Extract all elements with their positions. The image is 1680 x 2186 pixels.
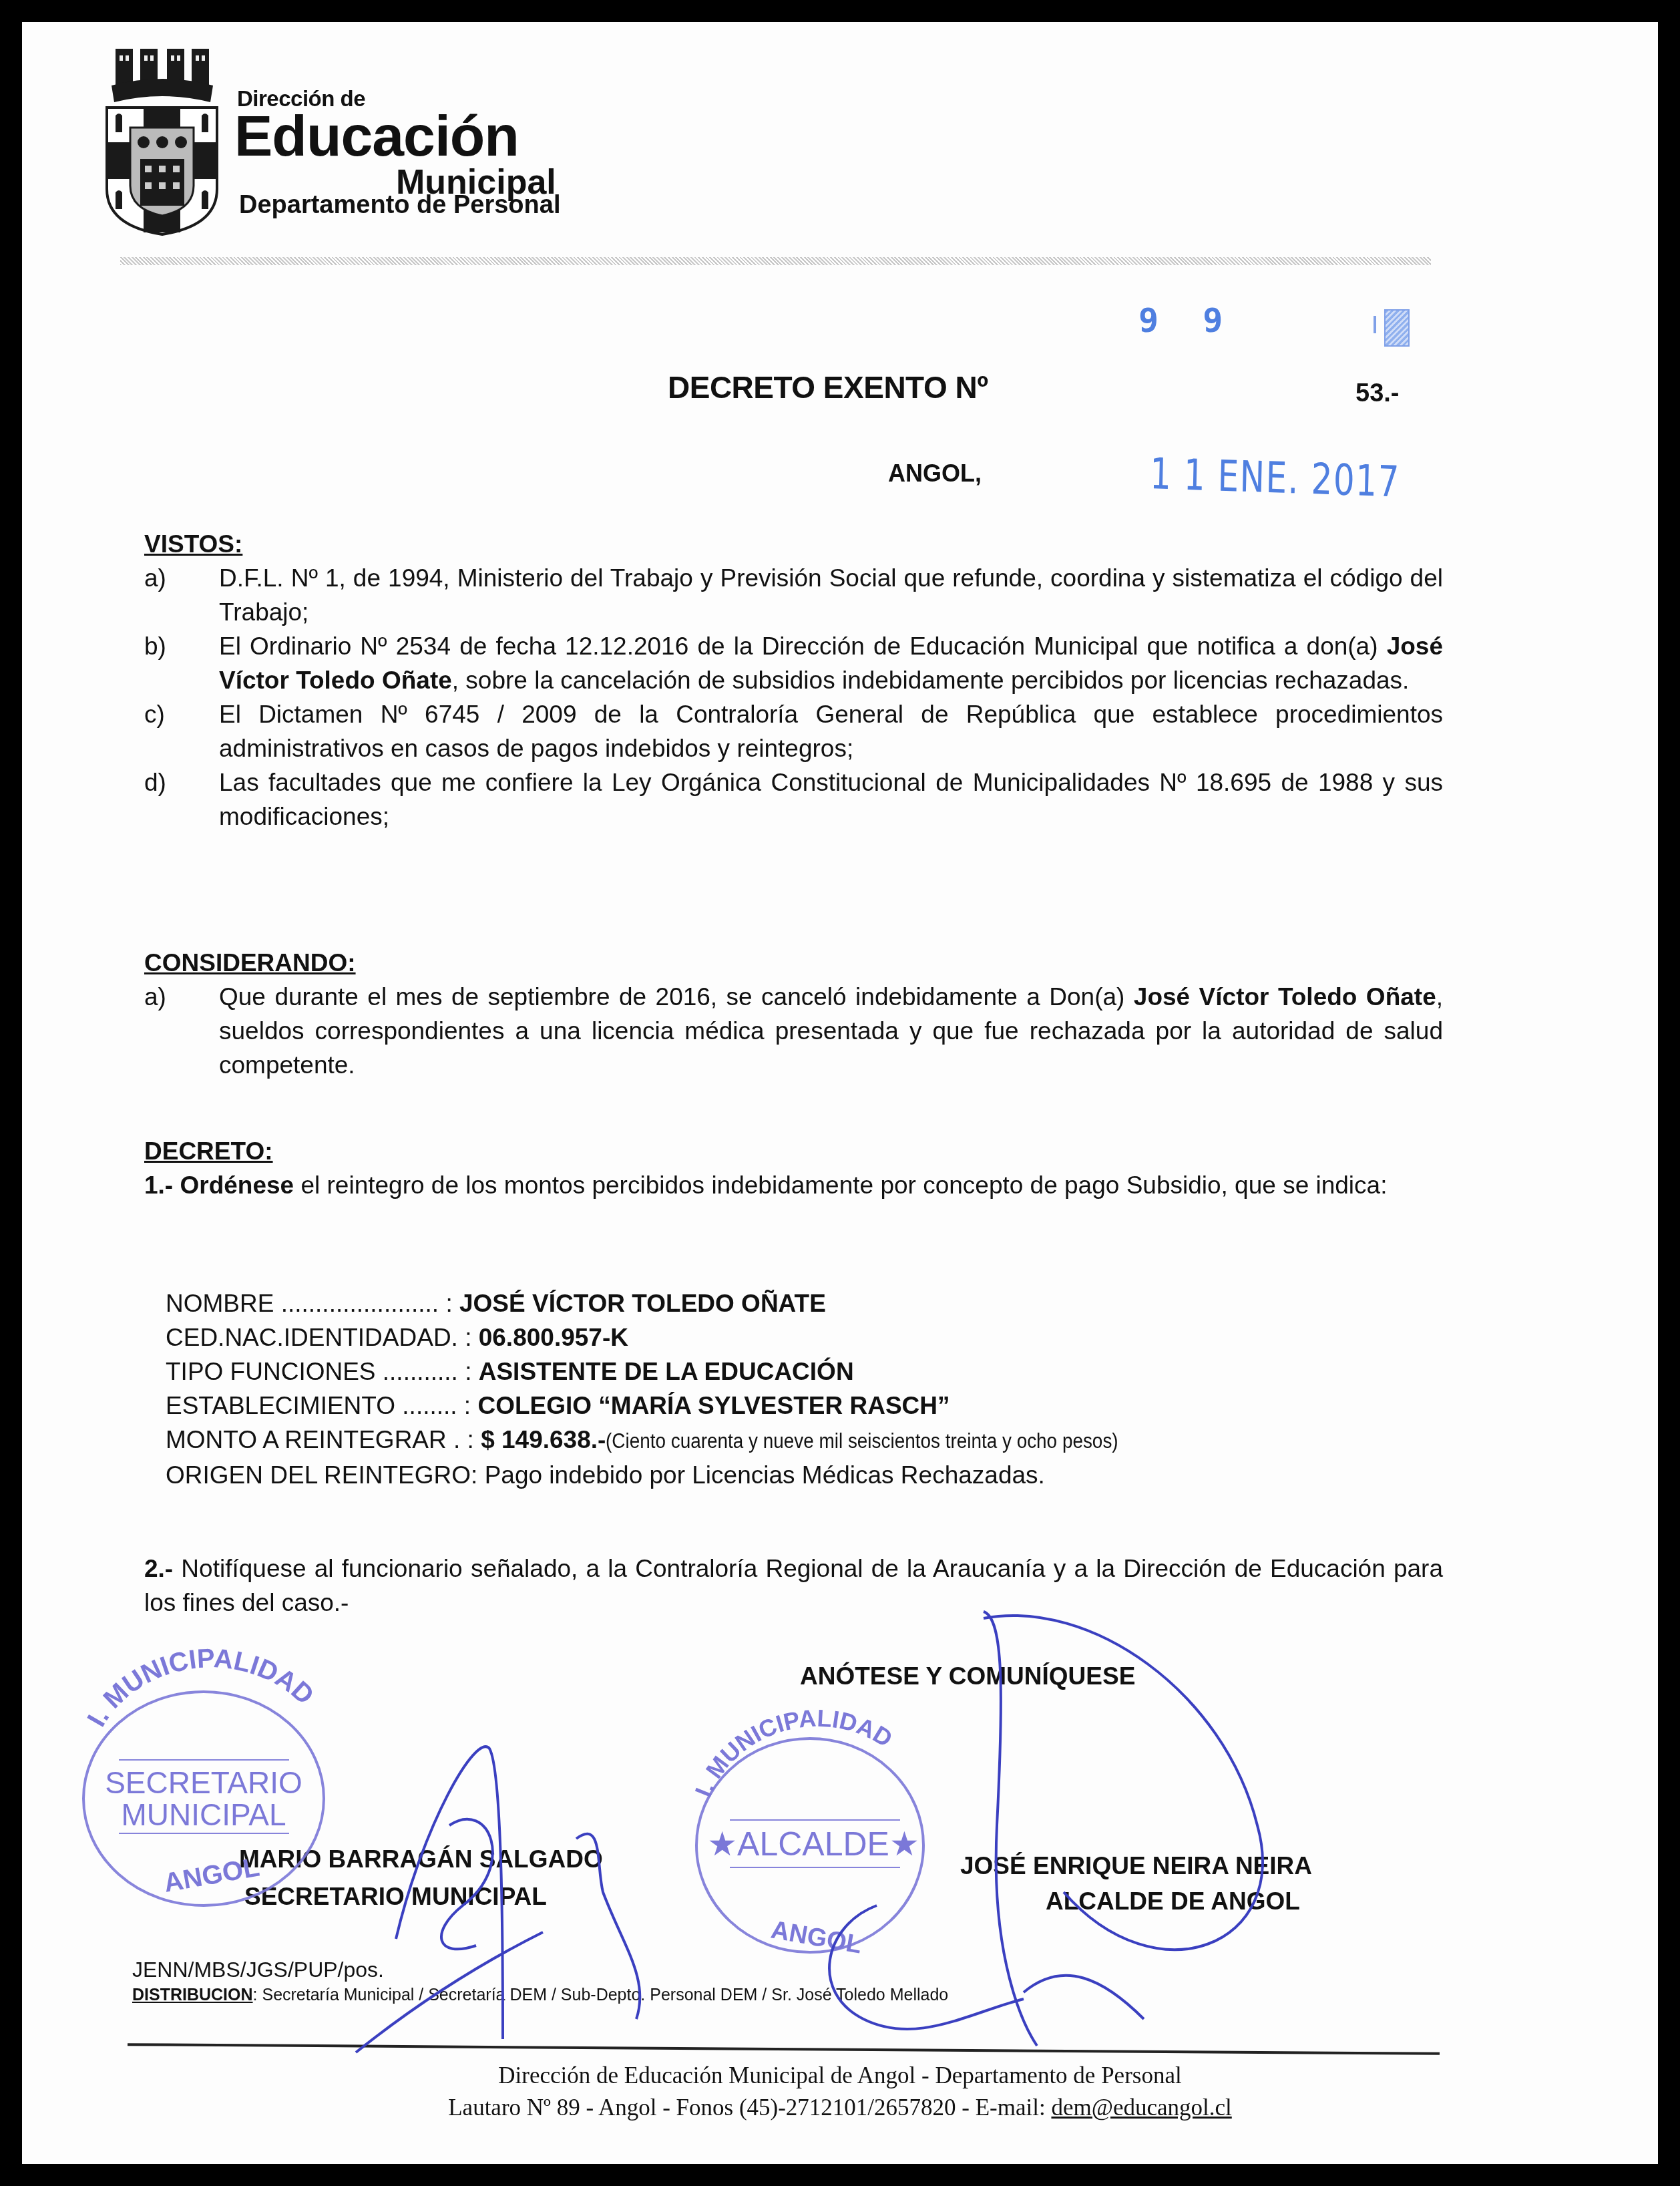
header-department: Departamento de Personal [239, 192, 560, 218]
svg-text:MUNICIPAL: MUNICIPAL [121, 1797, 286, 1832]
header-divider [120, 257, 1431, 265]
footer-line-1: Dirección de Educación Municipal de Ango… [22, 2062, 1658, 2089]
considerando-heading: CONSIDERANDO: [144, 946, 1443, 980]
decree-city: ANGOL, [888, 460, 982, 488]
responsibility-initials: JENN/MBS/JGS/PUP/pos. [132, 1958, 384, 1982]
reimbursement-details: NOMBRE ....................... : JOSÉ VÍ… [166, 1286, 1175, 1492]
vistos-item: b) El Ordinario Nº 2534 de fecha 12.12.2… [144, 629, 1443, 697]
svg-text:ANGOL: ANGOL [769, 1916, 863, 1960]
secretary-title: SECRETARIO MUNICIPAL [244, 1883, 547, 1911]
footer-email-link[interactable]: dem@educangol.cl [1051, 2094, 1231, 2121]
footer-line-2: Lautaro Nº 89 - Angol - Fonos (45)-27121… [22, 2094, 1658, 2121]
mayor-title: ALCALDE DE ANGOL [1046, 1887, 1300, 1916]
svg-text:I. MUNICIPALIDAD: I. MUNICIPALIDAD [689, 1704, 897, 1801]
considerando-section: CONSIDERANDO: a) Que durante el mes de s… [144, 946, 1443, 1082]
register-number-stamp: 9 9 [1138, 301, 1235, 340]
decreto-paragraph-1: 1.- Ordénese el reintegro de los montos … [144, 1168, 1443, 1202]
distribution-list: DISTRIBUCION: Secretaría Municipal / Sec… [132, 1986, 948, 2005]
field-row-function: TIPO FUNCIONES ........... : ASISTENTE D… [166, 1354, 1175, 1389]
vistos-item: d) Las facultades que me confiere la Ley… [144, 765, 1443, 834]
considerando-item: a) Que durante el mes de septiembre de 2… [144, 980, 1443, 1082]
municipal-coat-of-arms-icon [103, 49, 220, 236]
secretary-seal-icon [83, 1692, 324, 1905]
closing-formula: ANÓTESE Y COMUNÍQUESE [800, 1662, 1135, 1690]
mayor-name: JOSÉ ENRIQUE NEIRA NEIRA [960, 1852, 1312, 1880]
vistos-heading: VISTOS: [144, 527, 1443, 561]
stamp-mark-icon [1384, 309, 1410, 347]
decree-number: 53.- [1355, 379, 1399, 408]
date-stamp: 1 1 ENE. 2017 [1149, 449, 1400, 508]
field-row-name: NOMBRE ....................... : JOSÉ VÍ… [166, 1286, 1175, 1320]
vistos-item: c) El Dictamen Nº 6745 / 2009 de la Cont… [144, 697, 1443, 765]
field-row-establishment: ESTABLECIMIENTO ........ : COLEGIO “MARÍ… [166, 1389, 1175, 1423]
decreto-section: DECRETO: 1.- Ordénese el reintegro de lo… [144, 1134, 1443, 1202]
footer-divider [128, 2043, 1440, 2055]
field-row-amount: MONTO A REINTEGRAR . : $ 149.638.- (Cien… [166, 1423, 1175, 1458]
employee-name: José Víctor Toledo Oñate [1134, 983, 1436, 1011]
stamp-mark-tick [1374, 316, 1376, 333]
field-row-id: CED.NAC.IDENTIDADAD. : 06.800.957-K [166, 1320, 1175, 1354]
secretary-name: MARIO BARRAGÁN SALGADO [239, 1845, 603, 1873]
mayor-seal-icon [696, 1739, 923, 1952]
vistos-item: a) D.F.L. Nº 1, de 1994, Ministerio del … [144, 561, 1443, 629]
seals-and-signatures: I. MUNICIPALIDAD SECRETARIO MUNICIPAL AN… [22, 22, 1658, 2164]
field-row-origin: ORIGEN DEL REINTEGRO: Pago indebido por … [166, 1458, 1175, 1492]
svg-text:SECRETARIO: SECRETARIO [105, 1765, 302, 1800]
svg-text:I. MUNICIPALIDAD: I. MUNICIPALIDAD [82, 1644, 320, 1731]
decreto-paragraph-2: 2.- Notifíquese al funcionario señalado,… [144, 1552, 1443, 1620]
decree-title: DECRETO EXENTO Nº [668, 369, 988, 405]
svg-text:★ALCALDE★: ★ALCALDE★ [707, 1825, 919, 1863]
decreto-heading: DECRETO: [144, 1134, 1443, 1168]
vistos-section: VISTOS: a) D.F.L. Nº 1, de 1994, Ministe… [144, 527, 1443, 834]
document-page: Dirección de Educación Municipal Departa… [22, 22, 1658, 2164]
header-title: Educación [234, 108, 519, 165]
